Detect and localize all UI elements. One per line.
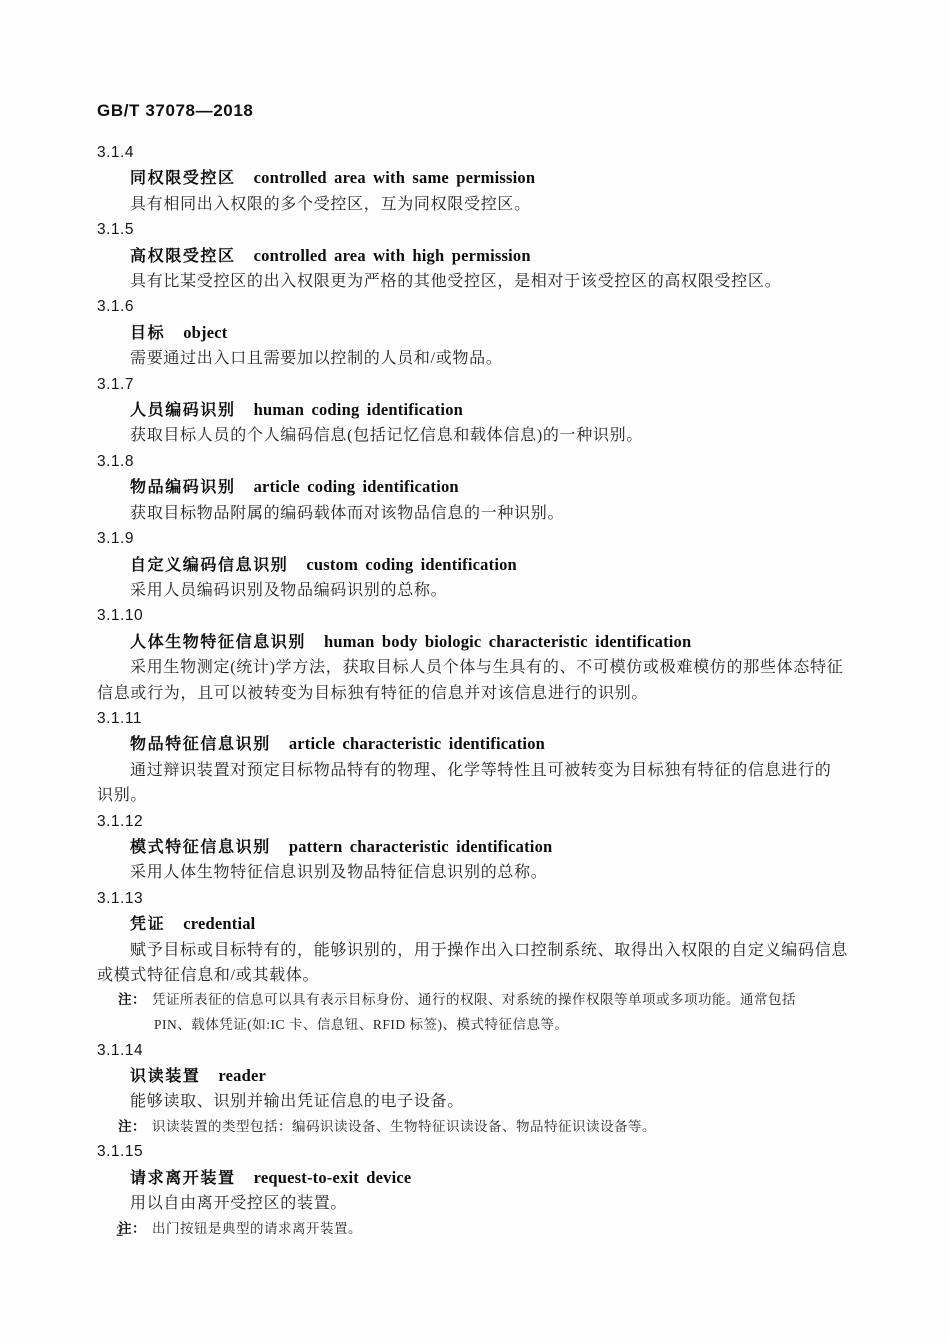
section-number: 3.1.8 xyxy=(97,449,842,474)
term-line: 目标 object xyxy=(97,320,842,346)
term-line: 高权限受控区 controlled area with high permiss… xyxy=(97,243,842,269)
term-english: object xyxy=(183,323,227,342)
note: 注：凭证所表征的信息可以具有表示目标身份、通行的权限、对系统的操作权限等单项或多… xyxy=(97,988,842,1037)
term-chinese: 人员编码识别 xyxy=(130,402,236,419)
note-label: 注： xyxy=(118,992,146,1007)
definition: 获取目标物品附属的编码载体而对该物品信息的一种识别。 xyxy=(97,501,842,526)
note-line: 注：识读装置的类型包括：编码识读设备、生物特征识读设备、物品特征识读设备等。 xyxy=(97,1115,842,1140)
definition: 采用人员编码识别及物品编码识别的总称。 xyxy=(97,578,842,603)
note: 注：出门按钮是典型的请求离开装置。 xyxy=(97,1217,842,1242)
definition-line: 采用人员编码识别及物品编码识别的总称。 xyxy=(97,578,842,603)
term-chinese: 物品编码识别 xyxy=(130,479,236,496)
note-line: 注：凭证所表征的信息可以具有表示目标身份、通行的权限、对系统的操作权限等单项或多… xyxy=(97,988,842,1013)
definition-line: 或模式特征信息和/或其载体。 xyxy=(97,963,842,988)
definition-section: 3.1.11 物品特征信息识别 article characteristic i… xyxy=(97,706,842,809)
definition: 具有比某受控区的出入权限更为严格的其他受控区，是相对于该受控区的高权限受控区。 xyxy=(97,269,842,294)
sections: 3.1.4 同权限受控区 controlled area with same p… xyxy=(97,140,842,1241)
term-line: 人体生物特征信息识别 human body biologic character… xyxy=(97,629,842,655)
term-english: credential xyxy=(183,914,255,933)
term-line: 模式特征信息识别 pattern characteristic identifi… xyxy=(97,834,842,860)
term-line: 同权限受控区 controlled area with same permiss… xyxy=(97,165,842,191)
definition-section: 3.1.10 人体生物特征信息识别 human body biologic ch… xyxy=(97,603,842,706)
document-page: GB/T 37078—2018 3.1.4 同权限受控区 controlled … xyxy=(0,0,950,1343)
section-number: 3.1.12 xyxy=(97,809,842,834)
term-line: 识读装置 reader xyxy=(97,1063,842,1089)
definition-line: 需要通过出入口且需要加以控制的人员和/或物品。 xyxy=(97,346,842,371)
definition-line: 具有相同出入权限的多个受控区，互为同权限受控区。 xyxy=(97,192,842,217)
definition-section: 3.1.13 凭证 credential 赋予目标或目标特有的，能够识别的，用于… xyxy=(97,886,842,1038)
section-number: 3.1.11 xyxy=(97,706,842,731)
term-english: human coding identification xyxy=(254,400,463,419)
term-chinese: 人体生物特征信息识别 xyxy=(130,634,306,651)
term-chinese: 请求离开装置 xyxy=(130,1170,236,1187)
term-line: 物品特征信息识别 article characteristic identifi… xyxy=(97,731,842,757)
definition: 需要通过出入口且需要加以控制的人员和/或物品。 xyxy=(97,346,842,371)
definition: 能够读取、识别并输出凭证信息的电子设备。 xyxy=(97,1089,842,1114)
term-line: 请求离开装置 request-to-exit device xyxy=(97,1165,842,1191)
note-line: PIN、载体凭证(如:IC 卡、信息钮、RFID 标签)、模式特征信息等。 xyxy=(97,1013,842,1038)
definition: 采用人体生物特征信息识别及物品特征信息识别的总称。 xyxy=(97,860,842,885)
definition-line: 识别。 xyxy=(97,783,842,808)
term-english: article coding identification xyxy=(254,477,459,496)
term-english: reader xyxy=(218,1066,266,1085)
term-english: request-to-exit device xyxy=(254,1168,412,1187)
definition: 赋予目标或目标特有的，能够识别的，用于操作出入口控制系统、取得出入权限的自定义编… xyxy=(97,938,842,989)
term-line: 物品编码识别 article coding identification xyxy=(97,474,842,500)
definition-line: 信息或行为，且可以被转变为目标独有特征的信息并对该信息进行的识别。 xyxy=(97,681,842,706)
term-line: 人员编码识别 human coding identification xyxy=(97,397,842,423)
definition-section: 3.1.7 人员编码识别 human coding identification… xyxy=(97,372,842,449)
term-english: article characteristic identification xyxy=(289,734,545,753)
definition-section: 3.1.14 识读装置 reader 能够读取、识别并输出凭证信息的电子设备。 … xyxy=(97,1038,842,1140)
definition-line: 具有比某受控区的出入权限更为严格的其他受控区，是相对于该受控区的高权限受控区。 xyxy=(97,269,842,294)
term-english: pattern characteristic identification xyxy=(289,837,553,856)
definition: 用以自由离开受控区的装置。 xyxy=(97,1191,842,1216)
definition: 采用生物测定(统计)学方法，获取目标人员个体与生具有的、不可模仿或极难模仿的那些… xyxy=(97,655,842,706)
section-number: 3.1.4 xyxy=(97,140,842,165)
definition-section: 3.1.5 高权限受控区 controlled area with high p… xyxy=(97,217,842,294)
definition: 通过辩识装置对预定目标物品特有的物理、化学等特性且可被转变为目标独有特征的信息进… xyxy=(97,758,842,809)
definition: 具有相同出入权限的多个受控区，互为同权限受控区。 xyxy=(97,192,842,217)
term-english: human body biologic characteristic ident… xyxy=(324,632,691,651)
definition-line: 采用人体生物特征信息识别及物品特征信息识别的总称。 xyxy=(97,860,842,885)
definition-section: 3.1.15 请求离开装置 request-to-exit device 用以自… xyxy=(97,1139,842,1241)
term-chinese: 识读装置 xyxy=(130,1068,200,1085)
section-number: 3.1.9 xyxy=(97,526,842,551)
section-number: 3.1.10 xyxy=(97,603,842,628)
definition-section: 3.1.9 自定义编码信息识别 custom coding identifica… xyxy=(97,526,842,603)
term-chinese: 目标 xyxy=(130,325,165,342)
definition-line: 用以自由离开受控区的装置。 xyxy=(97,1191,842,1216)
term-english: controlled area with high permission xyxy=(254,246,531,265)
term-english: custom coding identification xyxy=(306,555,517,574)
definition-line: 获取目标人员的个人编码信息(包括记忆信息和载体信息)的一种识别。 xyxy=(97,423,842,448)
definition-line: 赋予目标或目标特有的，能够识别的，用于操作出入口控制系统、取得出入权限的自定义编… xyxy=(97,938,842,963)
term-english: controlled area with same permission xyxy=(254,168,536,187)
section-number: 3.1.15 xyxy=(97,1139,842,1164)
section-number: 3.1.7 xyxy=(97,372,842,397)
section-number: 3.1.14 xyxy=(97,1038,842,1063)
term-chinese: 模式特征信息识别 xyxy=(130,839,271,856)
definition-line: 通过辩识装置对预定目标物品特有的物理、化学等特性且可被转变为目标独有特征的信息进… xyxy=(97,758,842,783)
term-chinese: 自定义编码信息识别 xyxy=(130,557,288,574)
note-line: 注：出门按钮是典型的请求离开装置。 xyxy=(97,1217,842,1242)
definition-section: 3.1.4 同权限受控区 controlled area with same p… xyxy=(97,140,842,217)
section-number: 3.1.13 xyxy=(97,886,842,911)
definition-section: 3.1.6 目标 object 需要通过出入口且需要加以控制的人员和/或物品。 xyxy=(97,294,842,371)
page-number: 2 xyxy=(116,1224,124,1241)
definition-line: 获取目标物品附属的编码载体而对该物品信息的一种识别。 xyxy=(97,501,842,526)
term-chinese: 物品特征信息识别 xyxy=(130,736,271,753)
note-label: 注： xyxy=(118,1119,146,1134)
term-chinese: 同权限受控区 xyxy=(130,170,236,187)
doc-number: GB/T 37078—2018 xyxy=(97,101,253,121)
definition-line: 采用生物测定(统计)学方法，获取目标人员个体与生具有的、不可模仿或极难模仿的那些… xyxy=(97,655,842,680)
definition: 获取目标人员的个人编码信息(包括记忆信息和载体信息)的一种识别。 xyxy=(97,423,842,448)
definition-line: 能够读取、识别并输出凭证信息的电子设备。 xyxy=(97,1089,842,1114)
note: 注：识读装置的类型包括：编码识读设备、生物特征识读设备、物品特征识读设备等。 xyxy=(97,1115,842,1140)
term-chinese: 凭证 xyxy=(130,916,165,933)
section-number: 3.1.6 xyxy=(97,294,842,319)
section-number: 3.1.5 xyxy=(97,217,842,242)
term-line: 凭证 credential xyxy=(97,911,842,937)
term-line: 自定义编码信息识别 custom coding identification xyxy=(97,552,842,578)
definition-section: 3.1.8 物品编码识别 article coding identificati… xyxy=(97,449,842,526)
term-chinese: 高权限受控区 xyxy=(130,248,236,265)
definition-section: 3.1.12 模式特征信息识别 pattern characteristic i… xyxy=(97,809,842,886)
